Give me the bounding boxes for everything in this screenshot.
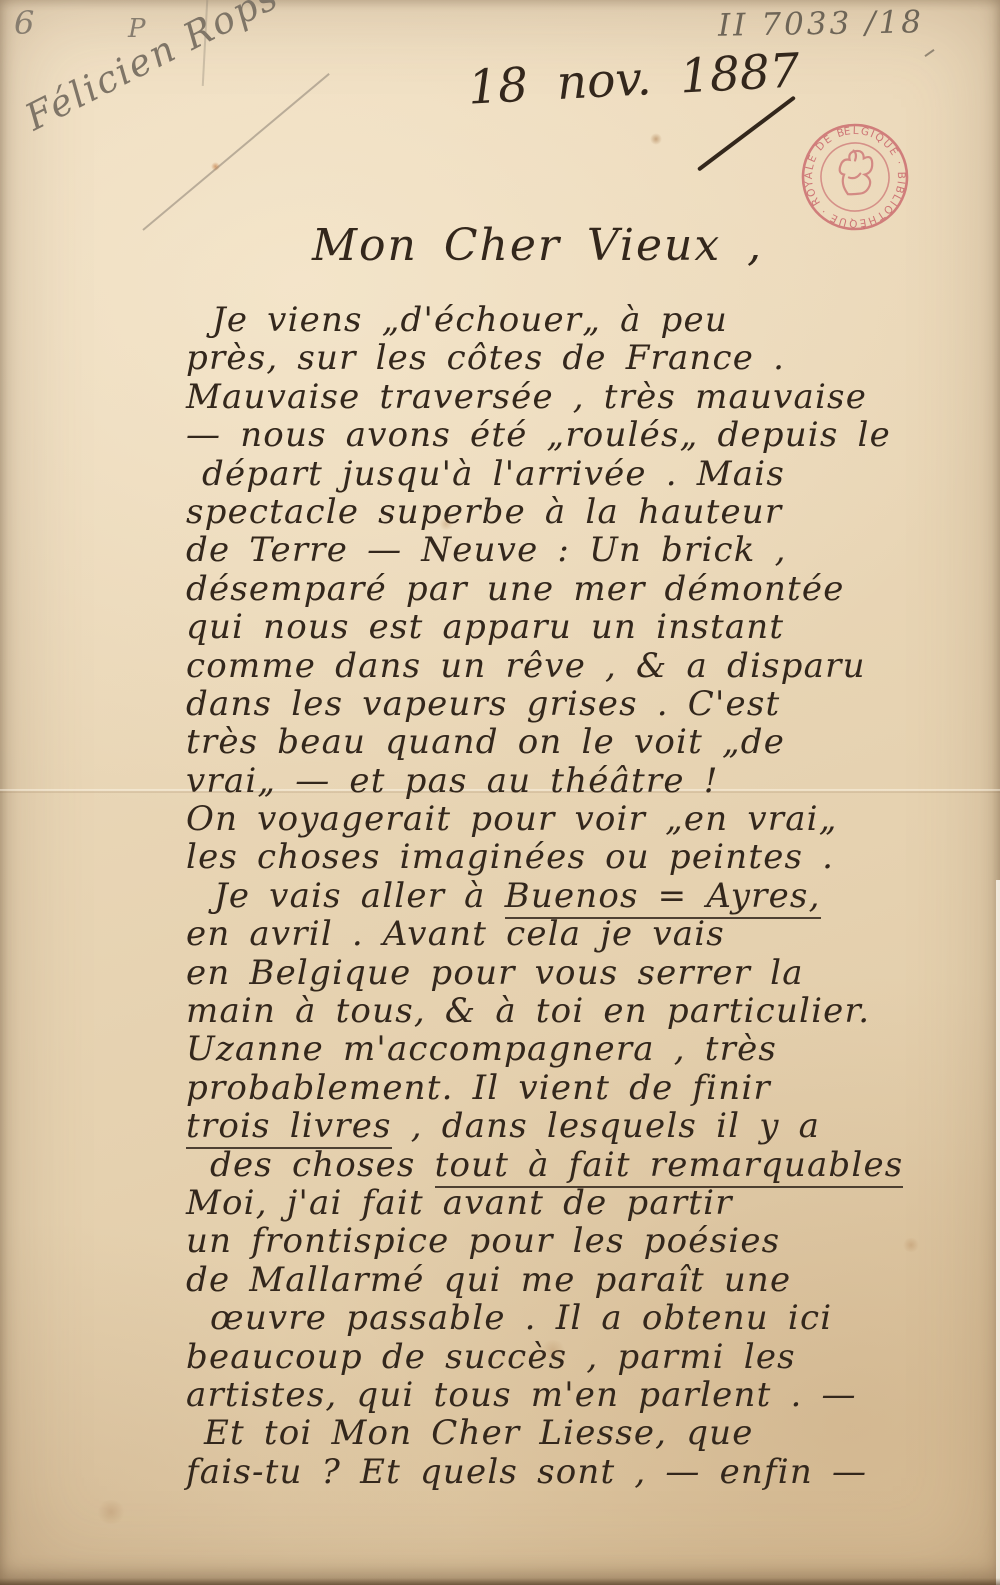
line-text: désemparé par une mer démontée (186, 569, 845, 609)
line-text: spectacle superbe à la hauteur (186, 492, 782, 532)
line-text: Uzanne m'accompagnera , très (186, 1029, 777, 1069)
belgian-lion-emblem (836, 147, 879, 197)
letter-line: de Mallarmé qui me paraît une (186, 1261, 986, 1299)
letter-line: Moi, j'ai fait avant de partir (186, 1184, 986, 1222)
stain-spot (650, 133, 662, 145)
line-text: — nous avons été „roulés„ depuis le (186, 415, 891, 455)
letter-line: œuvre passable . Il a obtenu ici (210, 1299, 986, 1337)
letter-line: trois livres , dans lesquels il y a (186, 1107, 986, 1145)
pencil-tick-mark (924, 49, 934, 57)
letter-line: spectacle superbe à la hauteur (186, 493, 986, 531)
line-text: probablement. Il vient de finir (186, 1068, 771, 1108)
letter-line: de Terre — Neuve : Un brick , (186, 531, 986, 569)
letter-line: désemparé par une mer démontée (186, 570, 986, 608)
line-underlined-text: Buenos = Ayres, (505, 876, 821, 919)
letter-line: Je viens „d'échouer„ à peu (212, 301, 986, 339)
date-flourish-stroke (697, 96, 796, 172)
letter-line: Uzanne m'accompagnera , très (186, 1030, 986, 1068)
line-underlined-text: tout à fait remarquables (435, 1145, 904, 1188)
catalog-number: II 7033 /18 (718, 4, 925, 44)
line-text: en Belgique pour vous serrer la (186, 953, 804, 993)
line-text: très beau quand on le voit „de (186, 722, 785, 762)
letter-line: en Belgique pour vous serrer la (186, 954, 986, 992)
line-text: Et toi Mon Cher Liesse, que (204, 1413, 754, 1453)
letter-line: en avril . Avant cela je vais (186, 915, 986, 953)
letter-line: artistes, qui tous m'en parlent . — (186, 1376, 986, 1414)
line-text: œuvre passable . Il a obtenu ici (210, 1298, 832, 1338)
attribution-underline-stroke (142, 73, 329, 231)
letter-line: main à tous, & à toi en particulier. (186, 992, 986, 1030)
line-text: des choses (210, 1145, 435, 1185)
line-text: Je viens „d'échouer„ à peu (212, 300, 728, 340)
line-text: comme dans un rêve , & a disparu (186, 646, 866, 686)
letter-line: Et toi Mon Cher Liesse, que (204, 1414, 986, 1452)
letter-body: Je viens „d'échouer„ à peu près, sur les… (186, 301, 986, 1491)
letter-line: Je vais aller à Buenos = Ayres, (214, 877, 986, 915)
line-text: de Mallarmé qui me paraît une (186, 1260, 791, 1300)
letter-line: un frontispice pour les poésies (186, 1222, 986, 1260)
letter-page: II 7033 /18 6 P Félicien Rops 18 nov. 18… (0, 0, 1000, 1585)
salutation: Mon Cher Vieux , (312, 220, 763, 271)
date-line: 18 nov. 1887 (467, 43, 801, 115)
line-text: Moi, j'ai fait avant de partir (186, 1183, 733, 1223)
letter-line: On voyagerait pour voir „en vrai„ (186, 800, 986, 838)
line-text: dans les vapeurs grises . C'est (186, 684, 780, 724)
letter-line: dans les vapeurs grises . C'est (186, 685, 986, 723)
letter-line: vrai„ — et pas au théâtre ! (186, 762, 986, 800)
letter-line: près, sur les côtes de France . (186, 339, 986, 377)
letter-line: — nous avons été „roulés„ depuis le (186, 416, 986, 454)
line-text: Je vais aller à (214, 876, 505, 916)
line-text: de Terre — Neuve : Un brick , (186, 530, 787, 570)
line-text: départ jusqu'à l'arrivée . Mais (202, 454, 785, 494)
letter-line: très beau quand on le voit „de (186, 723, 986, 761)
line-text: Mauvaise traversée , très mauvaise (186, 377, 867, 417)
letter-line: qui nous est apparu un instant (186, 608, 986, 646)
letter-line: des choses tout à fait remarquables (210, 1146, 986, 1184)
letter-line: beaucoup de succès , parmi les (186, 1338, 986, 1376)
letter-line: départ jusqu'à l'arrivée . Mais (202, 455, 986, 493)
letter-line: comme dans un rêve , & a disparu (186, 647, 986, 685)
line-text: vrai„ — et pas au théâtre ! (186, 761, 719, 801)
pencil-page-number: 6 (14, 4, 34, 42)
line-text: les choses imaginées ou peintes . (186, 837, 834, 877)
line-underlined-text: trois livres (186, 1106, 392, 1149)
stain-spot (96, 1500, 126, 1524)
line-text: main à tous, & à toi en particulier. (186, 991, 870, 1031)
line-text: fais-tu ? Et quels sont , — enfin — (186, 1452, 867, 1492)
library-stamp: ELGIQUE · BIBLIOTHÈQUE · ROYALE DE B (783, 105, 926, 248)
line-text: en avril . Avant cela je vais (186, 914, 725, 954)
line-text: artistes, qui tous m'en parlent . — (186, 1375, 857, 1415)
letter-line: probablement. Il vient de finir (186, 1069, 986, 1107)
scan-edge-right (996, 880, 1000, 1585)
scan-edge-bottom (0, 1578, 1000, 1585)
line-text: qui nous est apparu un instant (186, 607, 784, 647)
line-text: , dans lesquels il y a (392, 1106, 820, 1146)
line-text: On voyagerait pour voir „en vrai„ (186, 799, 838, 839)
letter-line: Mauvaise traversée , très mauvaise (186, 378, 986, 416)
line-text: un frontispice pour les poésies (186, 1221, 780, 1261)
letter-line: les choses imaginées ou peintes . (186, 838, 986, 876)
line-text: beaucoup de succès , parmi les (186, 1337, 796, 1377)
letter-line: fais-tu ? Et quels sont , — enfin — (186, 1453, 986, 1491)
line-text: près, sur les côtes de France . (186, 338, 785, 378)
